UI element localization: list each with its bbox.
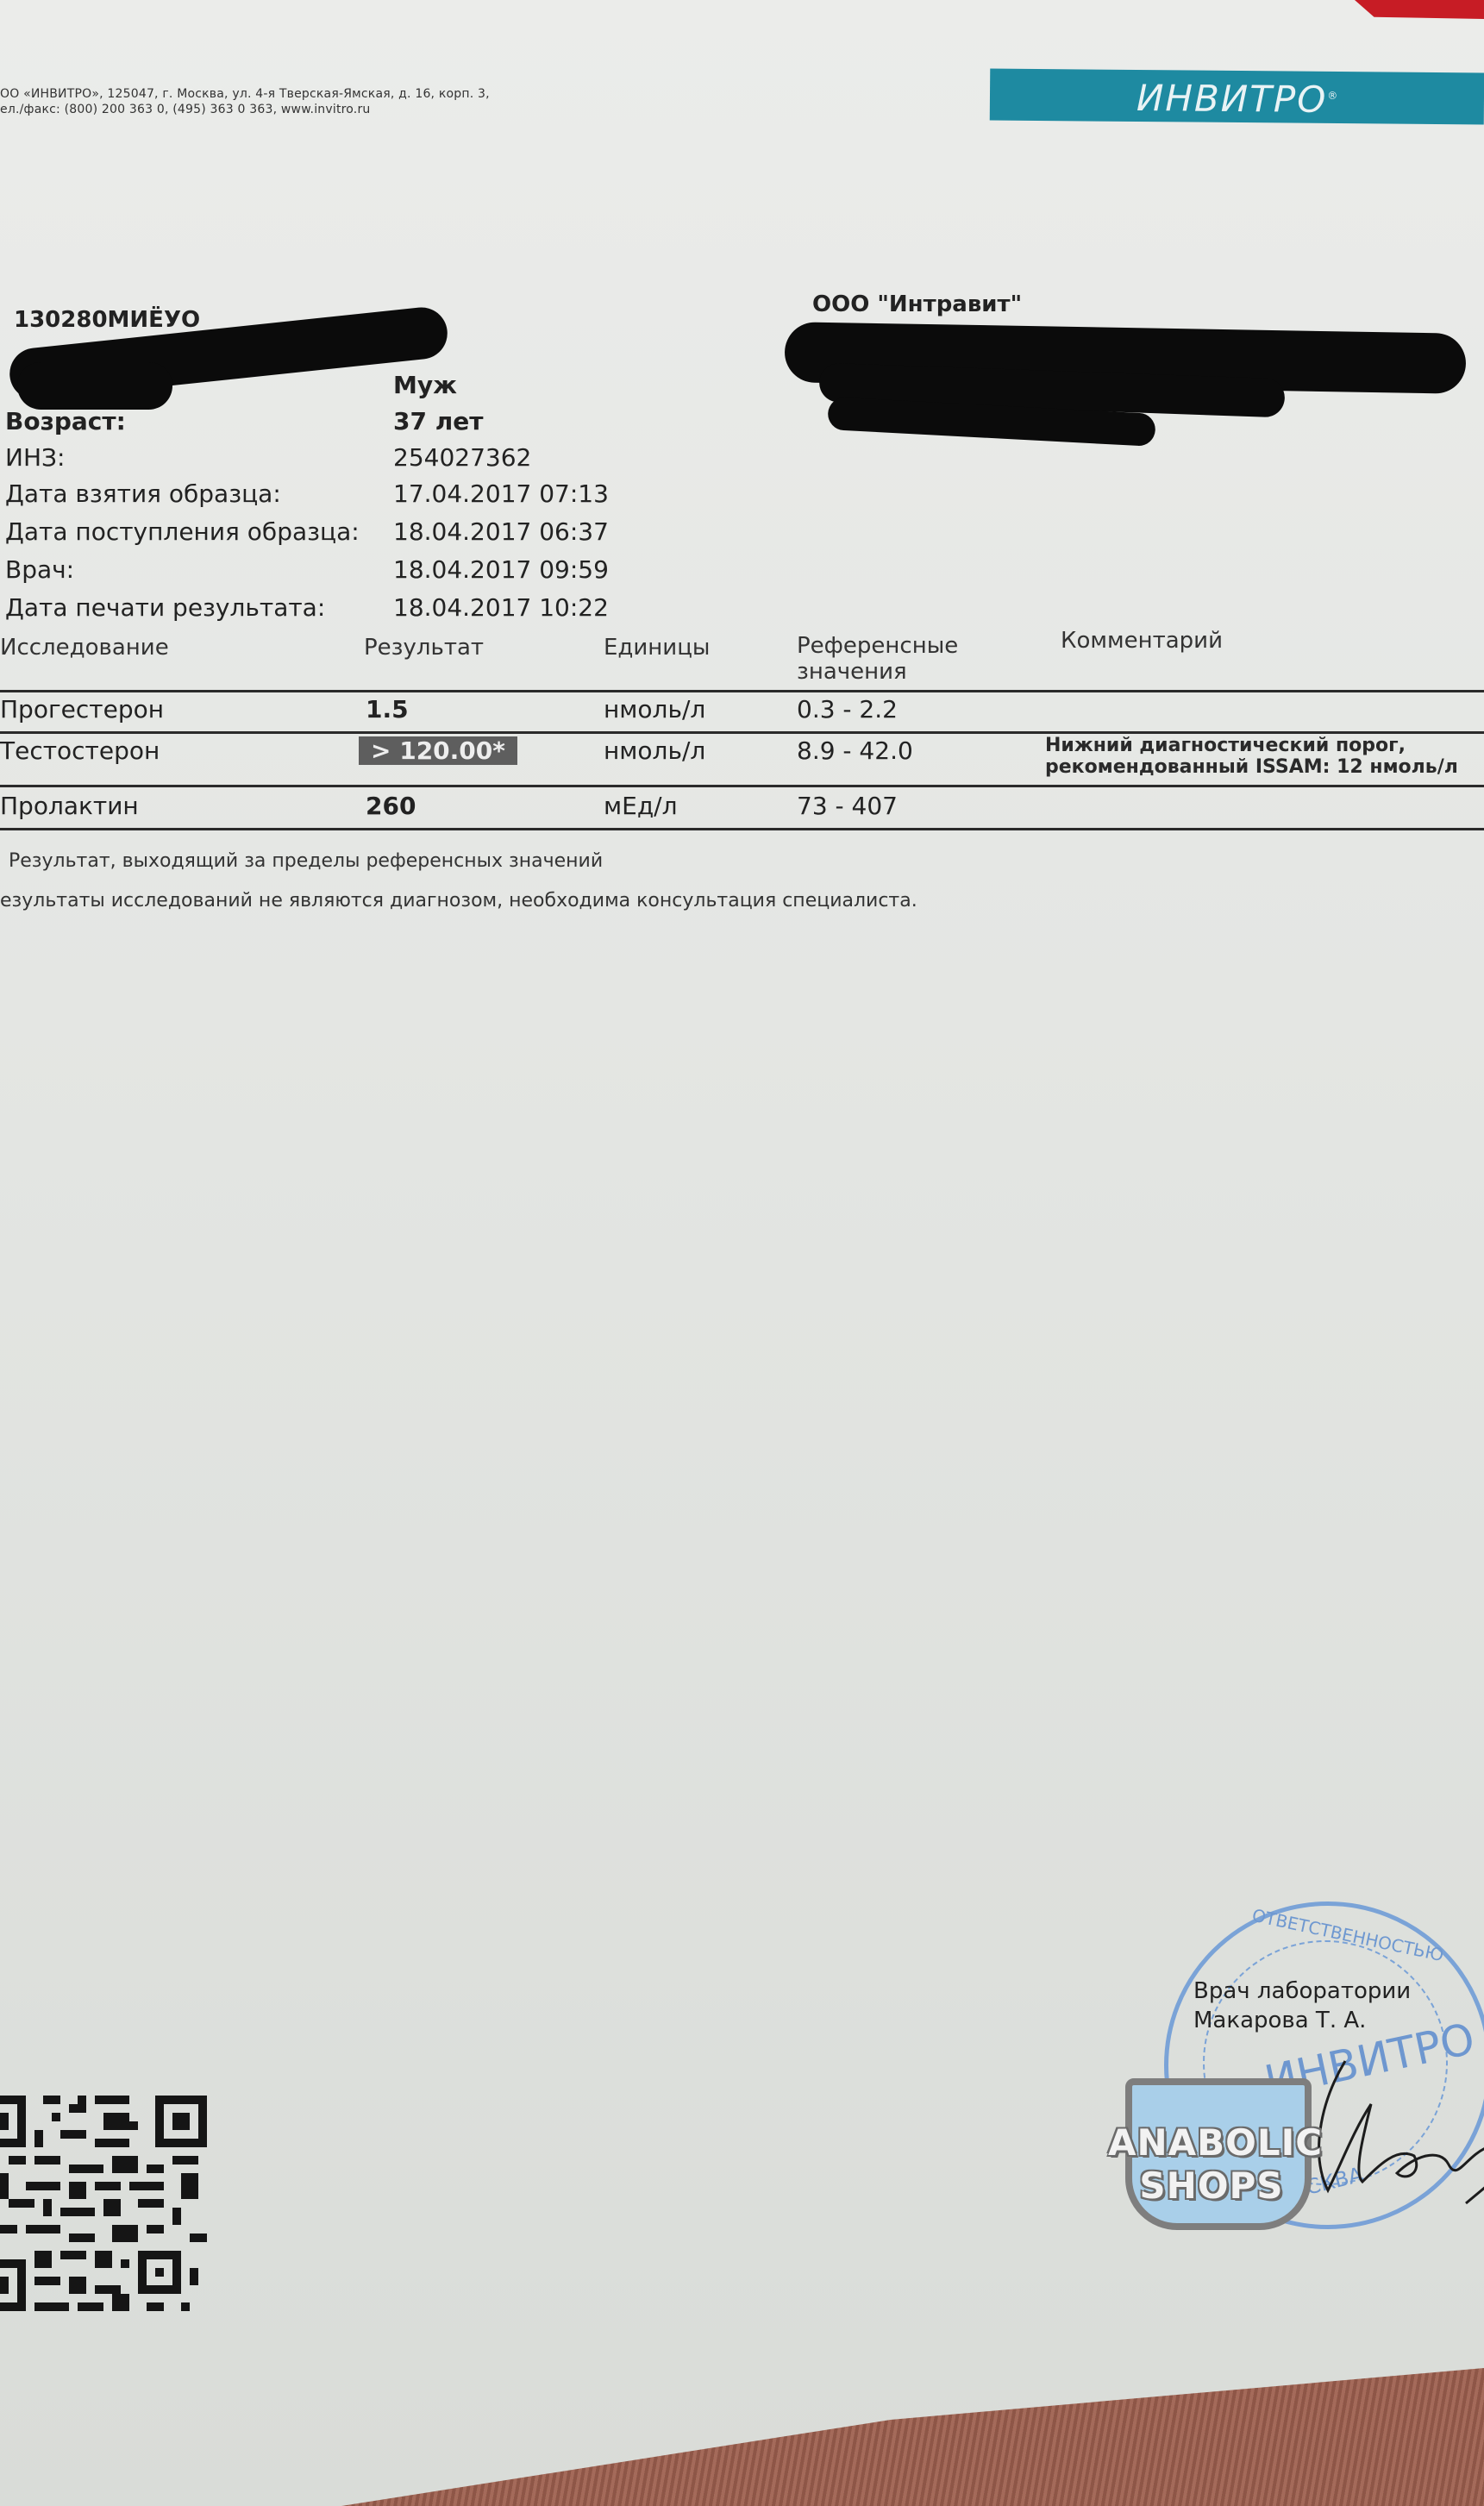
redaction-patient-name-2	[17, 362, 172, 410]
table-rule	[0, 828, 1484, 830]
header-test: Исследование	[0, 635, 169, 661]
lab-organization: ООО "Интравит"	[812, 291, 1022, 317]
header-units: Единицы	[604, 635, 710, 661]
patient-code: 130280МИЁУО	[14, 307, 200, 333]
brand-logo-band: ИНВИТРО®	[990, 69, 1484, 125]
disclaimer: езультаты исследований не являются диагн…	[0, 890, 917, 912]
address-line-2: ел./факс: (800) 200 363 0, (495) 363 0 3…	[0, 102, 490, 117]
header-comment: Комментарий	[1061, 628, 1223, 654]
background-red-object	[1355, 0, 1484, 19]
table-rule	[0, 690, 1484, 692]
watermark-logo: ANABOLIC SHOPS	[1108, 2044, 1315, 2225]
address-line-1: ОО «ИНВИТРО», 125047, г. Москва, ул. 4-я…	[0, 86, 490, 102]
brand-logo: ИНВИТРО®	[1136, 77, 1340, 121]
qr-code	[0, 2087, 207, 2311]
header-result: Результат	[364, 635, 484, 661]
table-rule	[0, 785, 1484, 787]
flagged-result: > 120.00*	[359, 736, 517, 765]
flag-legend: Результат, выходящий за пределы референс…	[9, 850, 603, 872]
signature-title: Врач лаборатории	[1193, 1977, 1411, 2006]
signature-name: Макарова Т. А.	[1193, 2006, 1411, 2035]
lab-address: ОО «ИНВИТРО», 125047, г. Москва, ул. 4-я…	[0, 86, 490, 117]
signature-block: Врач лаборатории Макарова Т. А.	[1193, 1977, 1411, 2035]
table-rule	[0, 731, 1484, 734]
result-comment: Нижний диагностический порог, рекомендов…	[1045, 735, 1458, 778]
header-reference: Референсные значения	[797, 633, 958, 685]
